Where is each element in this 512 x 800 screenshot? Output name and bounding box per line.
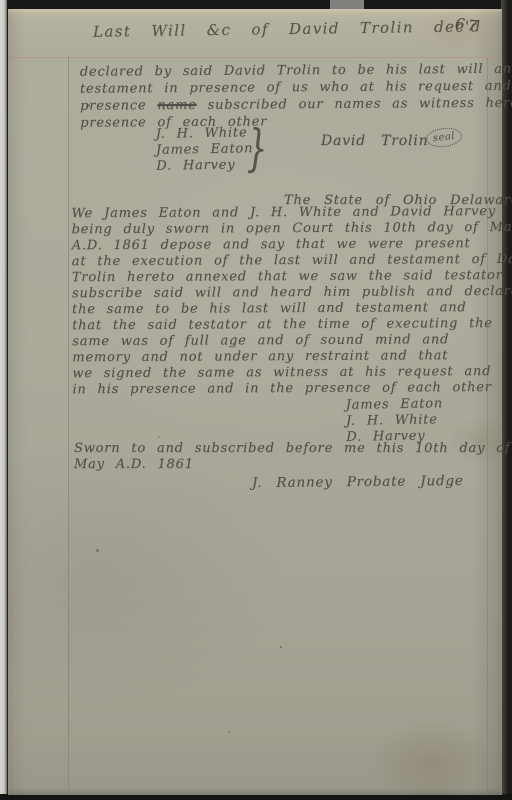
jurat-clause: Sworn to and subscribed before me this 1… bbox=[74, 441, 510, 473]
attestation-line: presence name subscribed our names as wi… bbox=[80, 94, 512, 114]
jurat-line: Sworn to and subscribed before me this 1… bbox=[74, 441, 510, 457]
paper-speck bbox=[280, 646, 282, 648]
witness-brace-glyph: } bbox=[247, 121, 268, 175]
paper-speck bbox=[228, 731, 230, 733]
paper-speck bbox=[87, 104, 90, 107]
witness-signature: J. H. White bbox=[156, 125, 254, 143]
attestation-line-text: subscribed our names as witness hereto i… bbox=[208, 95, 512, 112]
witness-signature: D. Harvey bbox=[156, 157, 254, 175]
ledger-page-scan: Last Will &c of David Trolin dec'd 67 de… bbox=[0, 0, 512, 800]
header-rule-line bbox=[8, 57, 502, 58]
binding-notch bbox=[330, 0, 364, 9]
deponent-signature: James Eaton bbox=[346, 396, 444, 414]
witness-signature-list: J. H. White James Eaton D. Harvey bbox=[156, 125, 254, 175]
judge-signature: J. Ranney Probate Judge bbox=[252, 473, 464, 492]
jurat-line: May A.D. 1861 bbox=[74, 457, 510, 473]
probate-certificate-body: We James Eaton and J. H. White and David… bbox=[72, 204, 512, 398]
right-fold-line bbox=[487, 57, 488, 790]
testator-signature: David Trolin bbox=[321, 133, 428, 150]
deponent-signature-list: James Eaton J. H. White D. Harvey bbox=[346, 396, 444, 446]
paper-speck bbox=[158, 436, 160, 438]
witness-signature: James Eaton bbox=[156, 141, 254, 159]
ledger-paper: Last Will &c of David Trolin dec'd 67 de… bbox=[8, 9, 502, 795]
left-margin-line bbox=[68, 57, 69, 790]
scan-left-edge bbox=[0, 0, 7, 800]
page-number: 67 bbox=[454, 15, 481, 35]
probate-line: in his presence and in the presence of e… bbox=[72, 380, 512, 398]
seal-mark: seal bbox=[425, 126, 463, 149]
paper-speck bbox=[96, 549, 99, 552]
deponent-signature: J. H. White bbox=[346, 412, 444, 430]
attestation-clause: declared by said David Trolin to be his … bbox=[80, 60, 512, 131]
struck-out-word: name bbox=[157, 98, 196, 113]
document-title: Last Will &c of David Trolin dec'd bbox=[93, 18, 482, 40]
attestation-line-text: presence bbox=[80, 98, 146, 113]
